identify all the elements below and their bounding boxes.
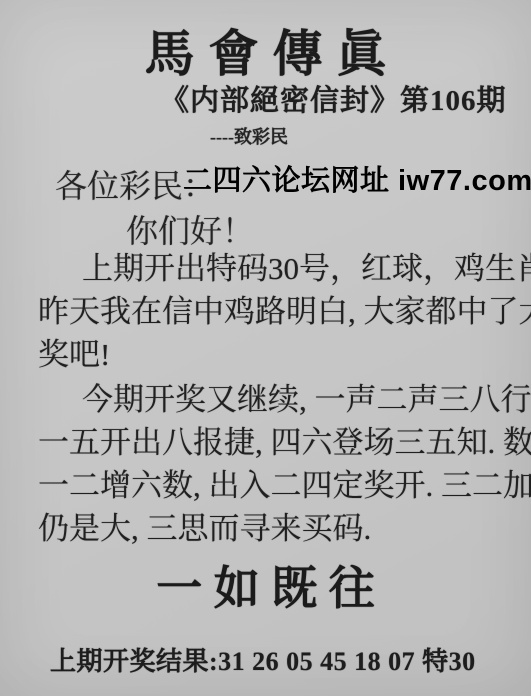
page-title: 馬會傳眞 [0,14,531,86]
text-line: 昨天我在信中鸡路明白, 大家都中了大 [38,290,504,333]
dedication-line: ----致彩民 [210,123,288,149]
greeting-text: 你们好！ [126,206,254,252]
text-line: 奖吧! [38,333,504,376]
text-line: 仍是大, 三思而寻来买码. [38,507,504,550]
paragraph-current-tip: 今期开奖又继续, 一声二声三八行. 一五开出八报捷, 四六登场三五知. 数尽 一… [38,378,504,550]
text-line: 一五开出八报捷, 四六登场三五知. 数尽 [38,421,504,464]
text-line: 今期开奖又继续, 一声二声三八行. [38,378,504,421]
fax-letter-page: 馬會傳眞 《内部絕密信封》第106期 ----致彩民 各位彩民： 二四六论坛网址… [0,0,531,696]
issue-subtitle: 《内部絕密信封》第106期 [160,78,507,119]
forum-watermark-text: 二四六论坛网址 iw77.com [183,158,531,199]
slogan-text: 一 如 既 往 [0,552,531,618]
previous-results-line: 上期开奖结果:31 26 05 45 18 07 特30 [50,641,476,678]
text-line: 上期开出特码30号，红球，鸡生肖。 [38,247,504,290]
text-line: 一二增六数, 出入二四定奖开. 三二加六 [38,464,504,507]
paragraph-previous-draw: 上期开出特码30号，红球，鸡生肖。 昨天我在信中鸡路明白, 大家都中了大 奖吧! [38,247,504,376]
